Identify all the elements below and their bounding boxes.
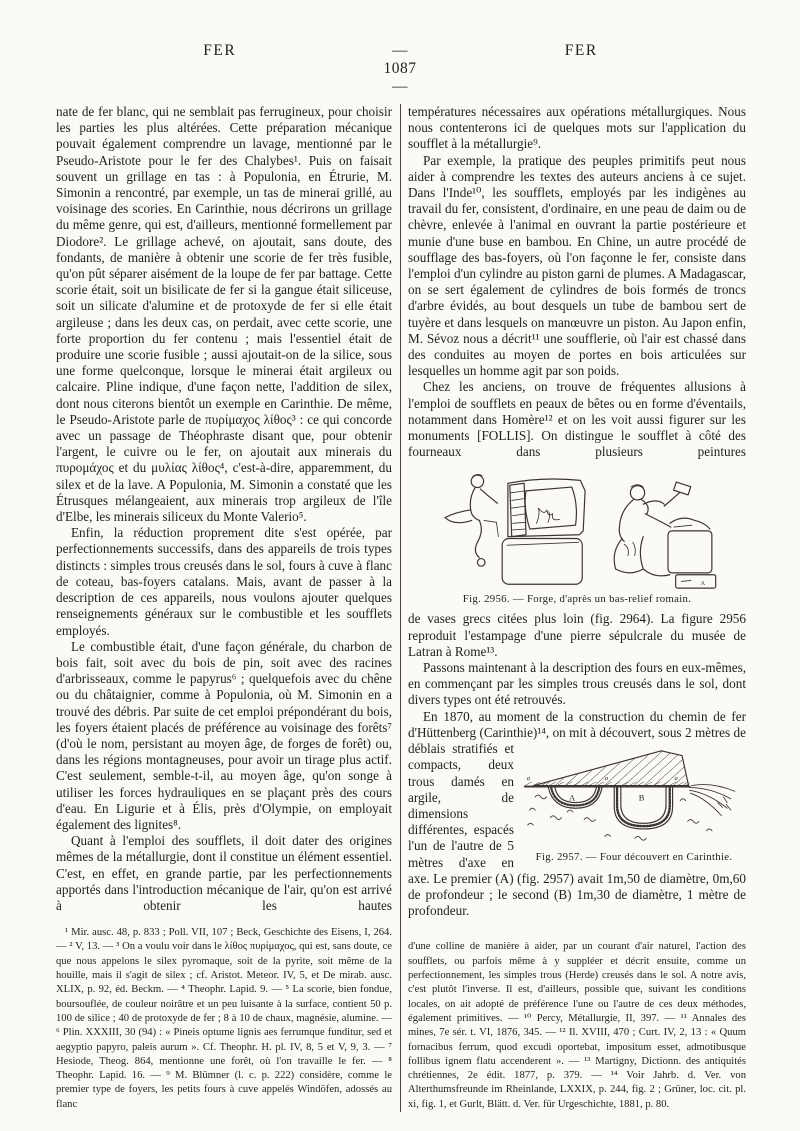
footnotes-left-text: ¹ Mir. ausc. 48, p. 833 ; Poll. VII, 107… [56,926,392,1112]
page-header: FER — 1087 — FER [0,0,800,96]
left-paragraph-2: Enfin, la réduction proprement dite s'es… [56,525,392,638]
left-column: nate de fer blanc, qui ne semblait pas f… [56,104,392,1112]
running-title-left: FER [56,42,384,96]
right-paragraph-5: En 1870, au moment de la construction du… [408,709,746,920]
right-paragraph-3a: Chez les anciens, on trouve de fréquente… [408,379,746,460]
left-paragraph-4: Quant à l'emploi des soufflets, il doit … [56,833,392,914]
figure-2957-caption: Fig. 2957. — Four découvert en Carinthie… [536,851,733,863]
figure-2957: A B a a a Fig. 2957. — Four découvert en… [522,744,746,864]
column-divider-rule [400,104,401,1112]
left-paragraph-3: Le combustible était, d'une façon généra… [56,639,392,833]
figure-2956: A Fig. 2956. — Forge, d'après un bas-rel… [431,468,723,606]
page-number: — 1087 — [384,42,417,96]
figure-2957-pit-b-label: B [639,793,645,803]
scanned-book-page: FER — 1087 — FER nate de fer blanc, qui … [0,0,800,1131]
right-paragraph-4: Passons maintenant à la description des … [408,660,746,709]
right-paragraph-2: Par exemple, la pratique des peuples pri… [408,153,746,380]
running-title-right: FER [417,42,746,96]
right-paragraph-1: températures nécessaires aux opérations … [408,104,746,153]
two-column-body: nate de fer blanc, qui ne semblait pas f… [0,96,800,1112]
right-paragraph-3b: de vases grecs citées plus loin (fig. 29… [408,611,746,660]
figure-2956-drawing-forge-bas-relief: A [436,468,718,590]
footnotes-left: ¹ Mir. ausc. 48, p. 833 ; Poll. VII, 107… [56,926,392,1112]
footnotes-right: d'une colline de manière à aider, par un… [408,940,746,1112]
figure-2957-datum-mark-left: a [527,775,531,782]
right-column: températures nécessaires aux opérations … [408,104,746,1112]
left-paragraph-1: nate de fer blanc, qui ne semblait pas f… [56,104,392,525]
figure-2957-pit-a-label: A [569,793,576,803]
footnotes-right-text: d'une colline de manière à aider, par un… [408,940,746,1112]
figure-2957-drawing-carinthia-furnace: A B a a a [522,744,746,848]
figure-2956-caption: Fig. 2956. — Forge, d'après un bas-relie… [431,593,723,606]
figure-2956-base-mark: A [700,581,705,588]
